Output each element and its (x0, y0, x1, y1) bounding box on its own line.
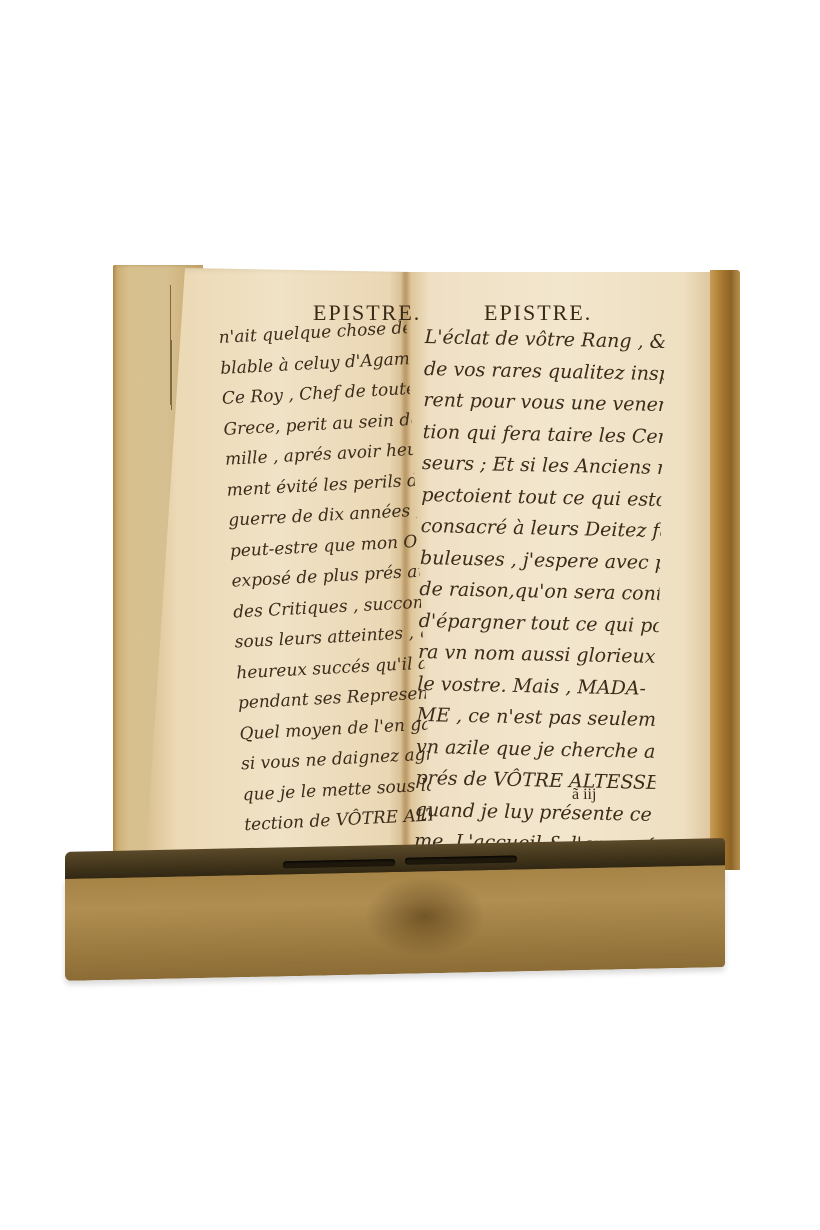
text-line: ra vn nom aussi glorieux que (418, 637, 659, 674)
text-line: buleuses , j'espere avec plus (420, 542, 661, 579)
left-page-text: n'ait quelque chose de sem- blable à cel… (218, 313, 433, 841)
text-line: rent pour vous une venera- (423, 385, 664, 422)
wooden-stand-base (65, 865, 725, 981)
text-line: prés de VÔTRE ALTESSE, (415, 763, 656, 800)
book-fore-edge (710, 270, 740, 870)
text-line: consacré à leurs Deitez fa- (420, 511, 661, 548)
page-signature-mark: ã iij (572, 786, 596, 804)
text-line: de raison,qu'on sera contraint (419, 574, 660, 611)
text-line: L'éclat de vôtre Rang , & (424, 322, 665, 359)
stand-slot (405, 855, 517, 864)
right-page-text: L'éclat de vôtre Rang , & de vos rares q… (414, 322, 665, 862)
board-fold-line (171, 340, 172, 410)
text-line: ME , ce n'est pas seulement (416, 700, 657, 737)
photo-scene: A EPISTRE. EPISTRE. n'ait quelque chose … (0, 0, 820, 1230)
text-line: quand je luy présente ce Poë- (414, 794, 655, 831)
stand-slot (283, 859, 395, 868)
text-line: de vos rares qualitez inspi- (424, 353, 665, 390)
text-line: tion qui fera taire les Cen- (422, 416, 663, 453)
text-line: vn azile que je cherche au- (416, 731, 657, 768)
text-line: d'épargner tout ce qui porte- (418, 605, 659, 642)
right-running-head: EPISTRE. (484, 300, 592, 326)
text-line: pectoient tout ce qui estoit (421, 479, 662, 516)
text-line: le vostre. Mais , MADA- (417, 668, 658, 705)
text-line: seurs ; Et si les Anciens res- (422, 448, 663, 485)
